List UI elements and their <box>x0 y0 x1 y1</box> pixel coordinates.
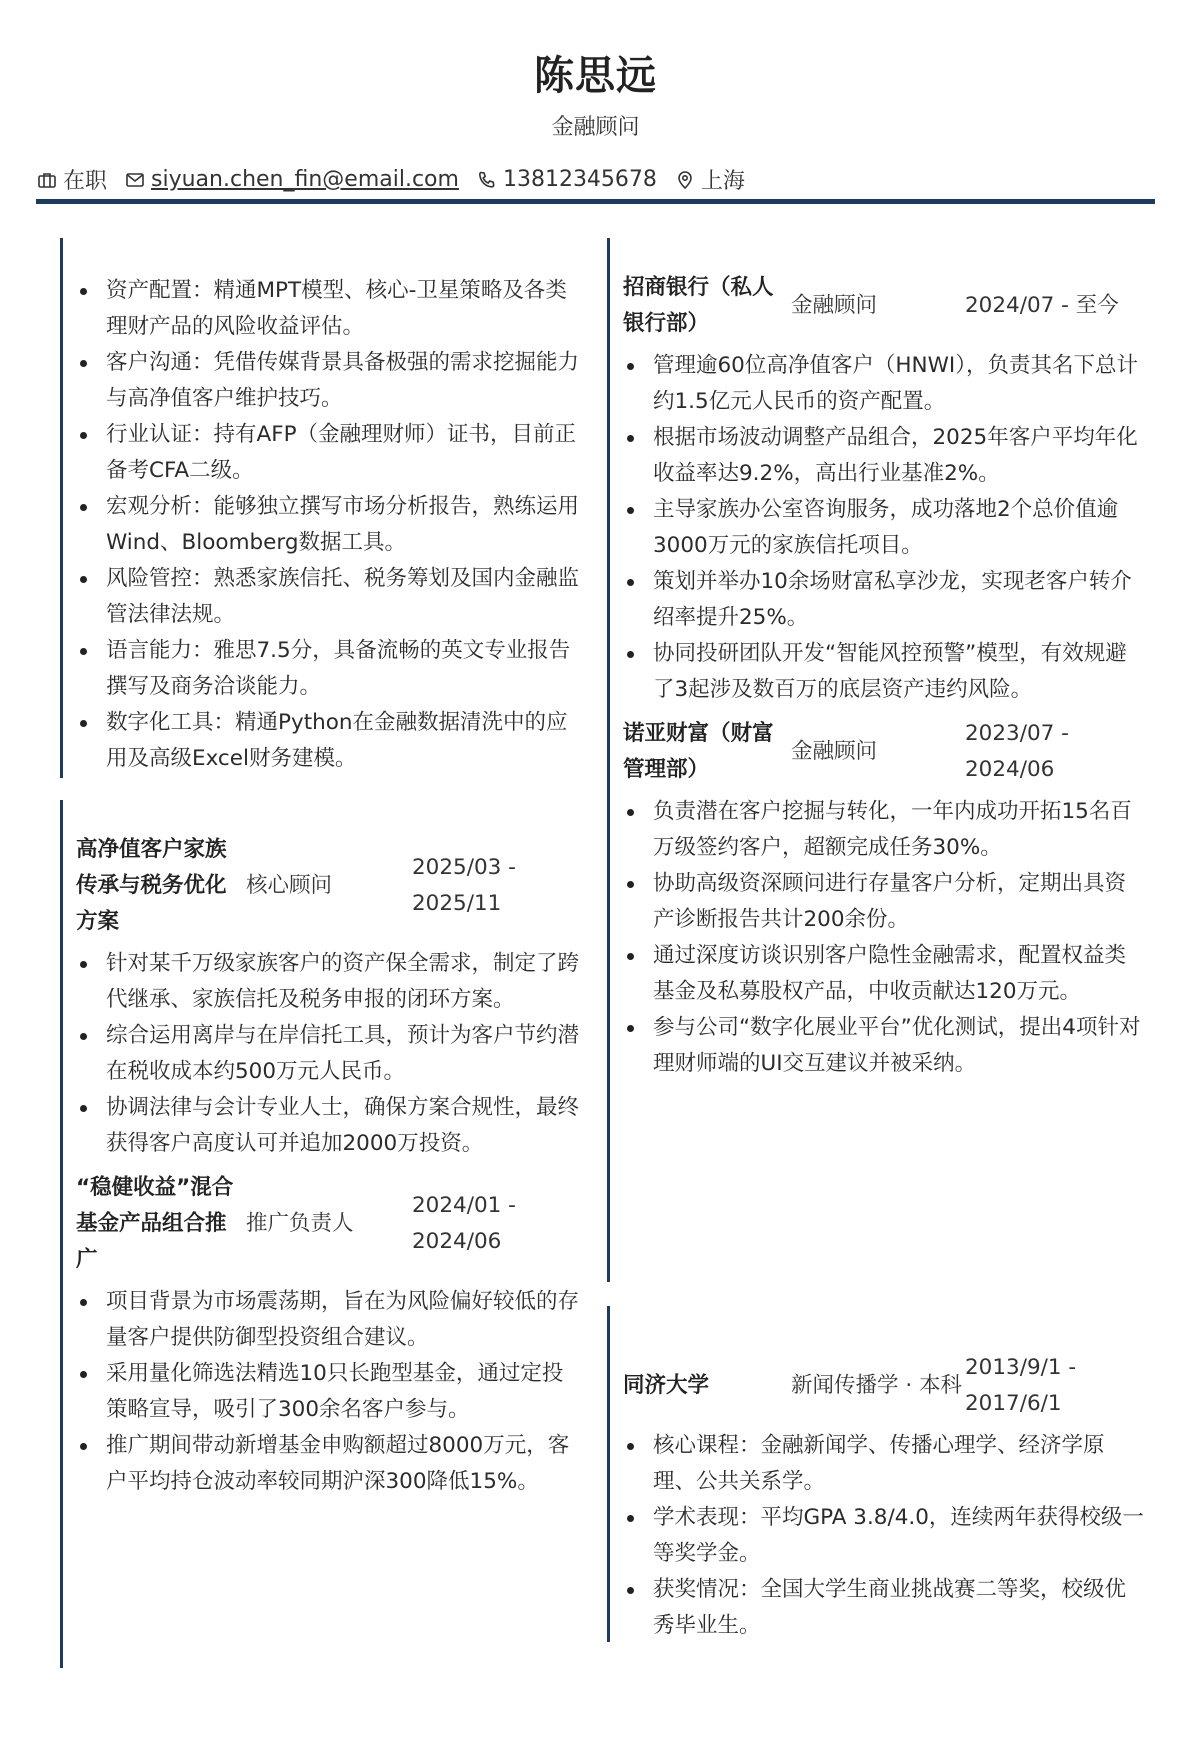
work-bullet: 通过深度访谈识别客户隐性金融需求，配置权益类基金及私募股权产品，中收贡献达120… <box>623 938 1147 1010</box>
contact-location: 上海 <box>675 164 745 195</box>
projects-section: 高净值客户家族传承与税务优化方案 核心顾问 2025/03 - 2025/11 … <box>60 800 580 1668</box>
project-bullet: 针对某千万级家族客户的资产保全需求，制定了跨代继承、家族信托及税务申报的闭环方案… <box>76 946 580 1018</box>
work-date: 2024/07 - 至今 <box>965 288 1125 324</box>
project-date: 2025/03 - 2025/11 <box>412 850 562 922</box>
project-entry: 高净值客户家族传承与税务优化方案 核心顾问 2025/03 - 2025/11 … <box>76 832 580 1162</box>
work-bullet: 管理逾60位高净值客户（HNWI），负责其名下总计约1.5亿元人民币的资产配置。 <box>623 348 1147 420</box>
education-bullets: 核心课程：金融新闻学、传播心理学、经济学原理、公共关系学。 学术表现：平均GPA… <box>623 1428 1147 1644</box>
education-bullet: 核心课程：金融新闻学、传播心理学、经济学原理、公共关系学。 <box>623 1428 1147 1500</box>
work-bullets: 负责潜在客户挖掘与转化，一年内成功开拓15名百万级签约客户，超额完成任务30%。… <box>623 794 1147 1082</box>
work-entry: 招商银行（私人银行部） 金融顾问 2024/07 - 至今 管理逾60位高净值客… <box>623 270 1147 708</box>
contact-row: 在职 siyuan.chen_fin@email.com 13812345678… <box>37 164 763 195</box>
work-bullet: 策划并举办10余场财富私享沙龙，实现老客户转介绍率提升25%。 <box>623 564 1147 636</box>
briefcase-icon <box>37 170 57 190</box>
phone-text: 13812345678 <box>503 167 657 192</box>
work-entry: 诺亚财富（财富管理部） 金融顾问 2023/07 - 2024/06 负责潜在客… <box>623 716 1147 1082</box>
skill-item: 行业认证：持有AFP（金融理财师）证书，目前正备考CFA二级。 <box>76 417 580 489</box>
skill-item: 资产配置：精通MPT模型、核心-卫星策略及各类理财产品的风险收益评估。 <box>76 273 580 345</box>
work-section: 招商银行（私人银行部） 金融顾问 2024/07 - 至今 管理逾60位高净值客… <box>607 238 1147 1282</box>
company-name: 招商银行（私人银行部） <box>623 270 791 342</box>
work-bullet: 参与公司“数字化展业平台”优化测试，提出4项针对理财师端的UI交互建议并被采纳。 <box>623 1010 1147 1082</box>
project-bullet: 推广期间带动新增基金申购额超过8000万元，客户平均持仓波动率较同期沪深300降… <box>76 1428 580 1500</box>
school-name: 同济大学 <box>623 1368 791 1404</box>
work-bullet: 主导家族办公室咨询服务，成功落地2个总价值逾3000万元的家族信托项目。 <box>623 492 1147 564</box>
skills-list: 资产配置：精通MPT模型、核心-卫星策略及各类理财产品的风险收益评估。 客户沟通… <box>76 273 580 777</box>
skills-section: 资产配置：精通MPT模型、核心-卫星策略及各类理财产品的风险收益评估。 客户沟通… <box>60 238 580 778</box>
project-bullets: 项目背景为市场震荡期，旨在为风险偏好较低的存量客户提供防御型投资组合建议。 采用… <box>76 1284 580 1500</box>
work-bullets: 管理逾60位高净值客户（HNWI），负责其名下总计约1.5亿元人民币的资产配置。… <box>623 348 1147 708</box>
work-bullet: 负责潜在客户挖掘与转化，一年内成功开拓15名百万级签约客户，超额完成任务30%。 <box>623 794 1147 866</box>
contact-email: siyuan.chen_fin@email.com <box>125 167 459 192</box>
education-entry: 同济大学 新闻传播学 · 本科 2013/9/1 - 2017/6/1 核心课程… <box>623 1350 1147 1644</box>
skill-item: 数字化工具：精通Python在金融数据清洗中的应用及高级Excel财务建模。 <box>76 705 580 777</box>
work-header: 招商银行（私人银行部） 金融顾问 2024/07 - 至今 <box>623 270 1147 342</box>
education-date: 2013/9/1 - 2017/6/1 <box>965 1350 1125 1422</box>
header-divider <box>36 199 1155 204</box>
project-bullets: 针对某千万级家族客户的资产保全需求，制定了跨代继承、家族信托及税务申报的闭环方案… <box>76 946 580 1162</box>
project-role: 核心顾问 <box>238 868 412 904</box>
education-bullet: 学术表现：平均GPA 3.8/4.0，连续两年获得校级一等奖学金。 <box>623 1500 1147 1572</box>
project-role: 推广负责人 <box>238 1206 412 1242</box>
work-bullet: 协助高级资深顾问进行存量客户分析，定期出具资产诊断报告共计200余份。 <box>623 866 1147 938</box>
work-date: 2023/07 - 2024/06 <box>965 716 1125 788</box>
work-bullet: 根据市场波动调整产品组合，2025年客户平均年化收益率达9.2%，高出行业基准2… <box>623 420 1147 492</box>
location-pin-icon <box>675 170 695 190</box>
status-text: 在职 <box>63 164 107 195</box>
project-bullet: 协调法律与会计专业人士，确保方案合规性，最终获得客户高度认可并追加2000万投资… <box>76 1090 580 1162</box>
project-date: 2024/01 - 2024/06 <box>412 1188 562 1260</box>
project-bullet: 项目背景为市场震荡期，旨在为风险偏好较低的存量客户提供防御型投资组合建议。 <box>76 1284 580 1356</box>
phone-icon <box>477 170 497 190</box>
project-bullet: 采用量化筛选法精选10只长跑型基金，通过定投策略宣导，吸引了300余名客户参与。 <box>76 1356 580 1428</box>
skill-item: 风险管控：熟悉家族信托、税务筹划及国内金融监管法律法规。 <box>76 561 580 633</box>
contact-status: 在职 <box>37 164 107 195</box>
skill-item: 客户沟通：凭借传媒背景具备极强的需求挖掘能力与高净值客户维护技巧。 <box>76 345 580 417</box>
email-link[interactable]: siyuan.chen_fin@email.com <box>151 167 459 192</box>
project-name: “稳健收益”混合基金产品组合推广 <box>76 1170 238 1278</box>
major-degree: 新闻传播学 · 本科 <box>791 1368 965 1404</box>
education-bullet: 获奖情况：全国大学生商业挑战赛二等奖，校级优秀毕业生。 <box>623 1572 1147 1644</box>
skill-item: 语言能力：雅思7.5分，具备流畅的英文专业报告撰写及商务洽谈能力。 <box>76 633 580 705</box>
education-section: 同济大学 新闻传播学 · 本科 2013/9/1 - 2017/6/1 核心课程… <box>607 1306 1147 1642</box>
project-header: 高净值客户家族传承与税务优化方案 核心顾问 2025/03 - 2025/11 <box>76 832 580 940</box>
location-text: 上海 <box>701 164 745 195</box>
project-bullet: 综合运用离岸与在岸信托工具，预计为客户节约潜在税收成本约500万元人民币。 <box>76 1018 580 1090</box>
project-entry: “稳健收益”混合基金产品组合推广 推广负责人 2024/01 - 2024/06… <box>76 1170 580 1500</box>
job-title: 金融顾问 <box>0 110 1191 141</box>
contact-phone: 13812345678 <box>477 167 657 192</box>
work-role: 金融顾问 <box>791 734 965 770</box>
work-header: 诺亚财富（财富管理部） 金融顾问 2023/07 - 2024/06 <box>623 716 1147 788</box>
work-bullet: 协同投研团队开发“智能风控预警”模型，有效规避了3起涉及数百万的底层资产违约风险… <box>623 636 1147 708</box>
skill-item: 宏观分析：能够独立撰写市场分析报告，熟练运用Wind、Bloomberg数据工具… <box>76 489 580 561</box>
candidate-name: 陈思远 <box>0 44 1191 101</box>
work-role: 金融顾问 <box>791 288 965 324</box>
project-name: 高净值客户家族传承与税务优化方案 <box>76 832 238 940</box>
education-header: 同济大学 新闻传播学 · 本科 2013/9/1 - 2017/6/1 <box>623 1350 1147 1422</box>
project-header: “稳健收益”混合基金产品组合推广 推广负责人 2024/01 - 2024/06 <box>76 1170 580 1278</box>
mail-icon <box>125 170 145 190</box>
company-name: 诺亚财富（财富管理部） <box>623 716 791 788</box>
